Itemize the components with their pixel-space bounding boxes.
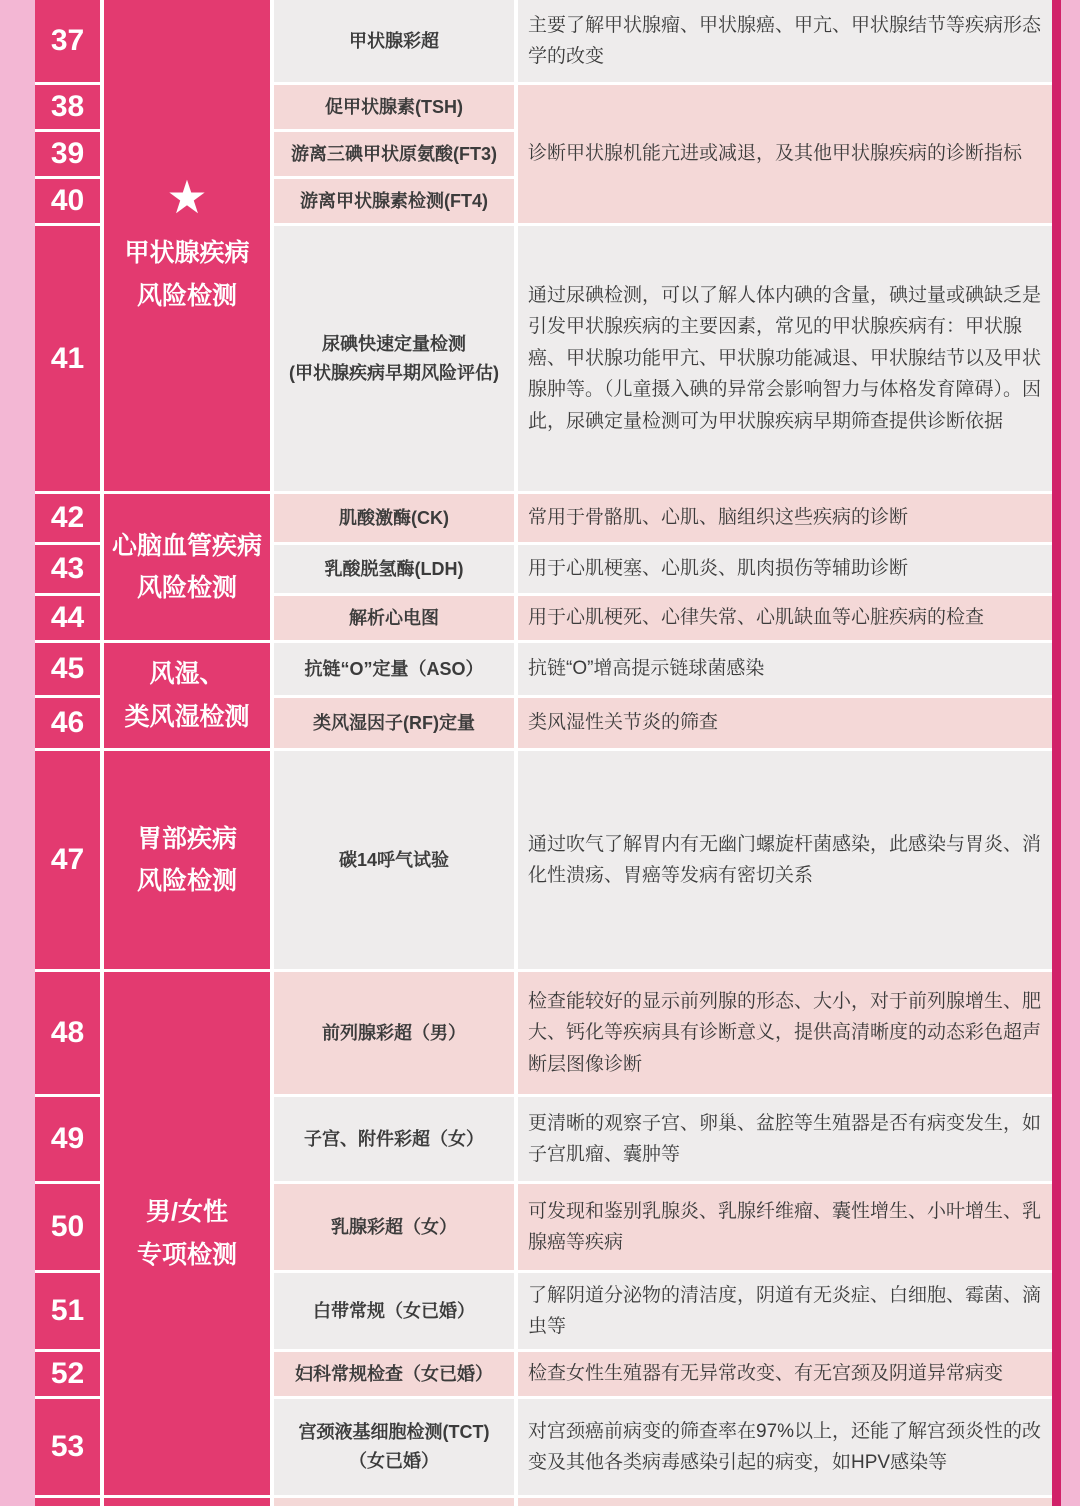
test-name-cell: 解析心电图 [274,596,514,640]
row-number-cell: 48 [35,972,100,1094]
row-number-cell: 53 [35,1399,100,1495]
category-label: 心脑血管疾病 风险检测 [112,525,262,610]
star-icon: ★ [166,174,207,220]
category-label: 男/女性 专项检测 [137,1191,237,1276]
row-number-cell: 42 [35,494,100,542]
description-cell: 抗链“O”增高提示链球菌感染 [518,643,1052,695]
row-number-cell [35,1498,100,1506]
test-name-cell: 肌酸激酶(CK) [274,494,514,542]
test-name-cell: 游离三碘甲状原氨酸(FT3) [274,132,514,176]
description-cell: 更清晰的观察子宫、卵巢、盆腔等生殖器是否有病变发生，如子宫肌瘤、囊肿等 [518,1097,1052,1181]
test-name-cell: 乳腺彩超（女） [274,1184,514,1270]
test-name-cell: 甲状腺彩超 [274,0,514,82]
category-cell: 心脑血管疾病 风险检测 [104,494,270,640]
test-name-cell: 乳酸脱氢酶(LDH) [274,545,514,593]
row-number-cell: 49 [35,1097,100,1181]
category-cell: 男/女性 专项检测 [104,972,270,1495]
description-cell: 类风湿性关节炎的筛查 [518,698,1052,748]
category-label: 风湿、 类风湿检测 [124,653,249,738]
category-cell: 风湿、 类风湿检测 [104,643,270,748]
row-number-cell: 52 [35,1352,100,1396]
category-label: 甲状腺疾病 风险检测 [124,232,249,317]
row-number-cell: 45 [35,643,100,695]
description-cell: 对宫颈癌前病变的筛查率在97%以上，还能了解宫颈炎性的改变及其他各类病毒感染引起… [518,1399,1052,1495]
test-name-cell: 游离甲状腺素检测(FT4) [274,179,514,223]
row-number-cell: 44 [35,596,100,640]
description-cell: 主要了解甲状腺瘤、甲状腺癌、甲亢、甲状腺结节等疾病形态学的改变 [518,0,1052,82]
description-cell-merged: 诊断甲状腺机能亢进或减退，及其他甲状腺疾病的诊断指标 [518,85,1052,223]
row-number-cell: 43 [35,545,100,593]
description-cell: 通过尿碘检测，可以了解人体内碘的含量，碘过量或碘缺乏是引发甲状腺疾病的主要因素，… [518,226,1052,491]
description-cell: 用于心肌梗塞、心肌炎、肌肉损伤等辅助诊断 [518,545,1052,593]
description-cell: 用于心肌梗死、心律失常、心肌缺血等心脏疾病的检查 [518,596,1052,640]
description-cell: 通过吹气了解胃内有无幽门螺旋杆菌感染，此感染与胃炎、消化性溃疡、胃癌等发病有密切… [518,751,1052,969]
test-name-cell: 抗链“O”定量（ASO） [274,643,514,695]
row-number-cell: 46 [35,698,100,748]
description-cell: 了解阴道分泌物的清洁度，阴道有无炎症、白细胞、霉菌、滴虫等 [518,1273,1052,1349]
row-number-cell: 51 [35,1273,100,1349]
test-name-cell: 类风湿因子(RF)定量 [274,698,514,748]
category-cell: ★甲状腺疾病 风险检测 [104,0,270,491]
description-cell: 检查女性生殖器有无异常改变、有无宫颈及阴道异常病变 [518,1352,1052,1396]
description-cell [518,1498,1052,1506]
row-number-cell: 37 [35,0,100,82]
test-name-cell: 碳14呼气试验 [274,751,514,969]
test-name-cell: 妇科常规检查（女已婚） [274,1352,514,1396]
category-label: 胃部疾病 风险检测 [137,818,237,903]
test-name-cell: 尿碘快速定量检测 (甲状腺疾病早期风险评估) [274,226,514,491]
test-name-cell [274,1498,514,1506]
checkup-table-page: 37甲状腺彩超主要了解甲状腺瘤、甲状腺癌、甲亢、甲状腺结节等疾病形态学的改变38… [0,0,1080,1506]
category-cell: 胃部疾病 风险检测 [104,751,270,969]
checkup-table: 37甲状腺彩超主要了解甲状腺瘤、甲状腺癌、甲亢、甲状腺结节等疾病形态学的改变38… [35,0,1052,1506]
right-accent-stripe [1052,0,1061,1506]
test-name-cell: 促甲状腺素(TSH) [274,85,514,129]
row-number-cell: 47 [35,751,100,969]
row-number-cell: 41 [35,226,100,491]
test-name-cell: 前列腺彩超（男） [274,972,514,1094]
category-cell [104,1498,270,1506]
row-number-cell: 39 [35,132,100,176]
test-name-cell: 宫颈液基细胞检测(TCT) （女已婚） [274,1399,514,1495]
row-number-cell: 50 [35,1184,100,1270]
description-cell: 可发现和鉴别乳腺炎、乳腺纤维瘤、囊性增生、小叶增生、乳腺癌等疾病 [518,1184,1052,1270]
description-cell: 常用于骨骼肌、心肌、脑组织这些疾病的诊断 [518,494,1052,542]
test-name-cell: 白带常规（女已婚） [274,1273,514,1349]
description-cell: 检查能较好的显示前列腺的形态、大小，对于前列腺增生、肥大、钙化等疾病具有诊断意义… [518,972,1052,1094]
row-number-cell: 40 [35,179,100,223]
row-number-cell: 38 [35,85,100,129]
test-name-cell: 子宫、附件彩超（女） [274,1097,514,1181]
